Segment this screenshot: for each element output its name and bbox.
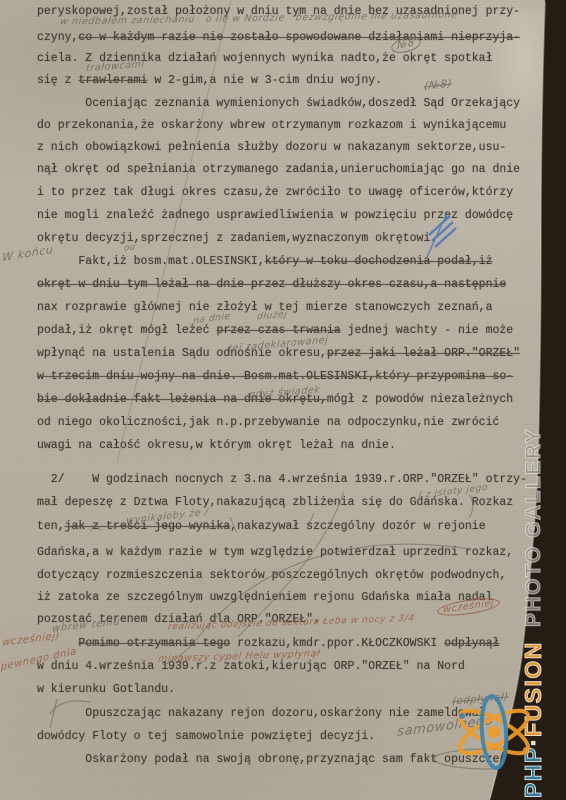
typed-text: Gdańska,a w każdym razie w tym względzie… <box>37 546 513 559</box>
typed-line: Fakt,iż bosm.mat.OLESINSKI,który w toku … <box>37 255 493 268</box>
typed-text: z nich obowiązkowi pełnienia służby dozo… <box>37 141 506 154</box>
typed-line: Oceniając zeznania wymienionych świadków… <box>37 97 520 110</box>
typed-line: z nich obowiązkowi pełnienia służby dozo… <box>37 141 506 154</box>
handwritten-annotation: (odpłynął) <box>452 691 510 707</box>
typed-line: Opuszczając nakazany rejon dozoru,oskarż… <box>37 707 486 720</box>
typed-text: ,nakazywał szczególny dozór w rejonie <box>230 520 485 533</box>
typed-text: Opuszczając nakazany rejon dozoru,oskarż… <box>37 707 486 720</box>
typed-line: się z trawlerami w 2-gim,a nie w 3-cim d… <box>37 74 382 87</box>
typed-text: w dniu 4.września 1939.r.z zatoki,kieruj… <box>37 660 465 673</box>
typed-text-struck: okręt w dniu tym leżał na dnie przez dłu… <box>37 278 506 291</box>
typed-text: Oskarżony podał na swoją obronę,przyznaj… <box>37 753 520 766</box>
typed-text: Oceniając zeznania wymienionych świadków… <box>37 97 520 110</box>
typed-text: uwagi na całość okresu,w którym okręt le… <box>37 439 396 452</box>
typed-text-struck: przez jaki leżał ORP."ORZEŁ" <box>327 347 520 360</box>
typed-line: dotyczący rozmieszczenia sektorów poszcz… <box>37 569 506 582</box>
paper-crumple-highlight <box>488 10 558 130</box>
typed-text: rozkazu,kmdr.ppor.KŁOCZKOWSKI <box>230 637 444 650</box>
typed-line: iż zatoka ze szczególnym uwzględnieniem … <box>37 591 492 604</box>
scanned-document-page: peryskopowej,został położony w dniu tym … <box>0 0 566 800</box>
typed-line: do przekonania,że oskarżony wbrew otrzym… <box>37 119 506 132</box>
typed-line: okręt w dniu tym leżał na dnie przez dłu… <box>37 278 506 291</box>
typed-line: nie mogli znaleźć żadnego usprawiedliwie… <box>37 209 513 222</box>
typed-text-struck: Pomimo otrzymania tego <box>78 637 230 650</box>
typed-text: jednej wachty - nie może <box>341 324 514 337</box>
typed-line: w kierunku Gotlandu. <box>37 683 175 696</box>
typed-line: podał,iż okręt mógł leżeć przez czas trw… <box>37 324 513 337</box>
typed-text-struck: który w toku dochodzenia podał,iż <box>265 255 493 268</box>
typed-line: okrętu decyzji,sprzecznej z zadaniem,wyz… <box>37 232 437 245</box>
typed-line: Oskarżony podał na swoją obronę,przyznaj… <box>37 753 520 766</box>
typed-line: 2/ W godzinach nocnych z 3.na 4.września… <box>37 473 527 486</box>
watermark-php-text: PHP <box>520 746 546 798</box>
typed-text: od niego okoliczności,jak n.p.przebywani… <box>37 416 499 429</box>
typed-text: ten, <box>37 520 65 533</box>
typed-text: w kierunku Gotlandu. <box>37 683 175 696</box>
typed-line: w trzecim dniu wojny na dnie. Bosm.mat.O… <box>37 370 513 383</box>
typed-text: nął okręt od spełniania otrzymanego zada… <box>37 163 520 176</box>
typed-line: od niego okoliczności,jak n.p.przebywani… <box>37 416 499 429</box>
typed-line: uwagi na całość okresu,w którym okręt le… <box>37 439 396 452</box>
typed-line: ten,jak z treści jego wynika,nakazywał s… <box>37 520 486 533</box>
typed-line: czyny,co w każdym razie nie zostało spow… <box>37 31 520 44</box>
typed-text: do przekonania,że oskarżony wbrew otrzym… <box>37 119 506 132</box>
typed-text: dotyczący rozmieszczenia sektorów poszcz… <box>37 569 506 582</box>
typed-line: Pomimo otrzymania tego rozkazu,kmdr.ppor… <box>37 637 499 650</box>
typed-text-struck: co w każdym razie nie zostało spowodowan… <box>78 31 520 44</box>
watermark-dot: · <box>520 737 546 746</box>
typed-text: w 2-gim,a nie w 3-cim dniu wojny. <box>147 74 382 87</box>
typed-line: nął okręt od spełniania otrzymanego zada… <box>37 163 520 176</box>
typed-text: okrętu decyzji,sprzecznej z zadaniem,wyz… <box>37 232 437 245</box>
typed-text: Fakt,iż bosm.mat.OLESINSKI, <box>37 255 265 268</box>
typed-line: w dniu 4.września 1939.r.z zatoki,kieruj… <box>37 660 465 673</box>
typed-text: dowódcy Floty o tej samowolnie powziętej… <box>37 730 375 743</box>
typed-text: czyny, <box>37 31 78 44</box>
watermark-photo-gallery: PHOTO GALLERY <box>522 428 546 627</box>
typed-text: się z <box>37 74 78 87</box>
typed-text-struck: odpłynął <box>444 637 499 650</box>
typed-line: Gdańska,a w każdym razie w tym względzie… <box>37 546 513 559</box>
typed-text: mógł z powodów niezależnych <box>327 393 513 406</box>
watermark-fusion-text: FUSION <box>520 641 546 737</box>
typed-text-struck: trawlerami <box>78 74 147 87</box>
typed-text: 2/ W godzinach nocnych z 3.na 4.września… <box>37 473 527 486</box>
typed-line: i to przez tak długi okres czasu,że zwró… <box>37 186 513 199</box>
handwritten-annotation: (№8) <box>424 77 453 92</box>
watermark-gallery-text: PHOTO GALLERY <box>522 428 545 627</box>
typed-text: nie mogli znaleźć żadnego usprawiedliwie… <box>37 209 513 222</box>
handwritten-annotation: ou <box>124 242 136 254</box>
typed-line: dowódcy Floty o tej samowolnie powziętej… <box>37 730 375 743</box>
typed-text: iż zatoka ze szczególnym uwzględnieniem … <box>37 591 492 604</box>
typed-text: i to przez tak długi okres czasu,że zwró… <box>37 186 513 199</box>
typed-text-struck: w trzecim dniu wojny na dnie. Bosm.mat.O… <box>37 370 513 383</box>
handwritten-annotation: dłużej <box>257 310 288 323</box>
typed-text: podał,iż okręt mógł leżeć <box>37 324 216 337</box>
watermark-php-fusion: PHP·FUSION <box>520 641 547 798</box>
